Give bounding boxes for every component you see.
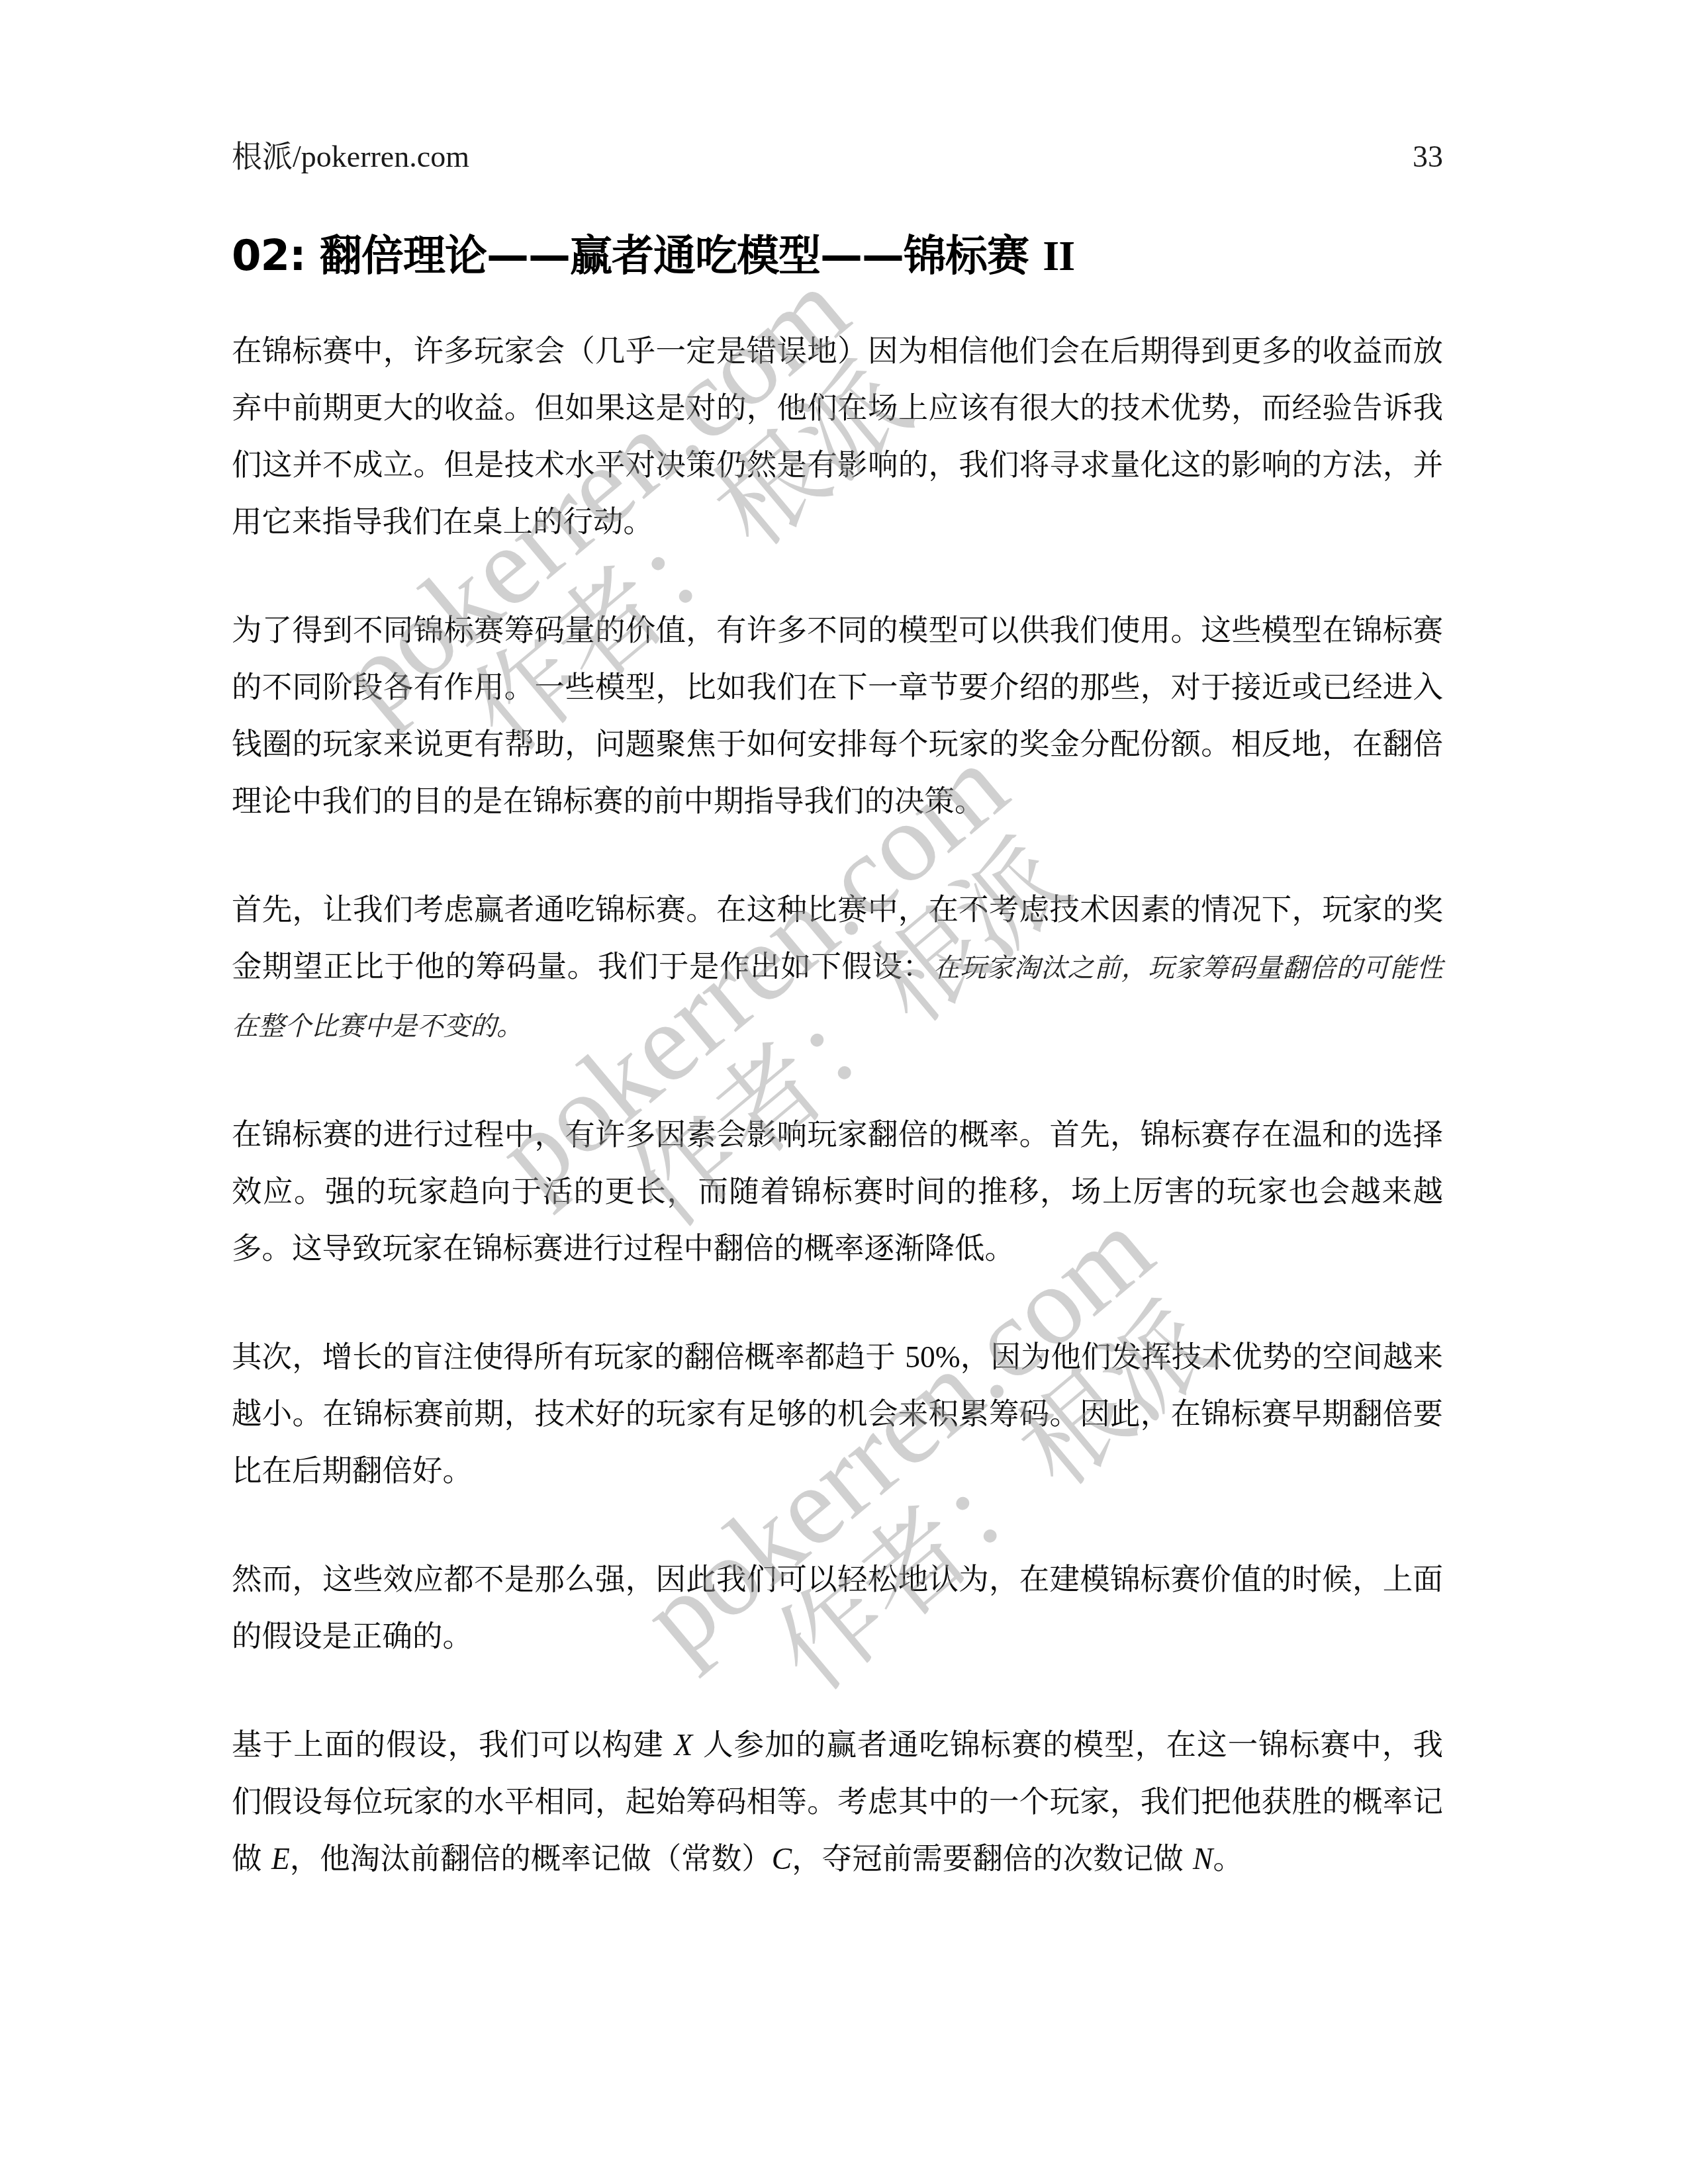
paragraph-3: 首先，让我们考虑赢者通吃锦标赛。在这种比赛中，在不考虑技术因素的情况下，玩家的奖… [232,882,1443,1055]
page-header: 根派/pokerren.com 33 [232,132,1443,172]
paragraph-6: 然而，这些效应都不是那么强，因此我们可以轻松地认为，在建模锦标赛价值的时候，上面… [232,1551,1443,1665]
variable-n: N [1193,1842,1213,1876]
chapter-title-suffix: II [1043,232,1074,279]
variable-x: X [675,1728,693,1762]
paragraph-7-t1: 基于上面的假设，我们可以构建 [232,1727,675,1762]
paragraph-7: 基于上面的假设，我们可以构建 X 人参加的赢者通吃锦标赛的模型，在这一锦标赛中，… [232,1717,1443,1888]
paragraph-5-before: 其次，增长的盲注使得所有玩家的翻倍概率都趋于 [232,1340,905,1375]
chapter-title: 02: 翻倍理论——赢者通吃模型——锦标赛 II [232,222,1074,283]
paragraph-7-t3: ，他淘汰前翻倍的概率记做（常数） [290,1841,772,1876]
paragraph-7-t4: ，夺冠前需要翻倍的次数记做 [792,1841,1193,1876]
variable-e: E [271,1842,290,1876]
document-body: 在锦标赛中，许多玩家会（几乎一定是错误地）因为相信他们会在后期得到更多的收益而放… [232,323,1443,1939]
percent-value: 50% [905,1340,960,1374]
site-name: 根派/pokerren.com [232,132,469,176]
paragraph-5: 其次，增长的盲注使得所有玩家的翻倍概率都趋于 50%，因为他们发挥技术优势的空间… [232,1329,1443,1500]
paragraph-1: 在锦标赛中，许多玩家会（几乎一定是错误地）因为相信他们会在后期得到更多的收益而放… [232,323,1443,551]
chapter-title-main: 02: 翻倍理论——赢者通吃模型——锦标赛 [232,232,1029,281]
paragraph-2: 为了得到不同锦标赛筹码量的价值，有许多不同的模型可以供我们使用。这些模型在锦标赛… [232,602,1443,830]
page-number: 33 [1413,139,1443,174]
paragraph-4: 在锦标赛的进行过程中，有许多因素会影响玩家翻倍的概率。首先，锦标赛存在温和的选择… [232,1107,1443,1277]
variable-c: C [772,1842,792,1876]
paragraph-7-t5: 。 [1213,1841,1243,1876]
